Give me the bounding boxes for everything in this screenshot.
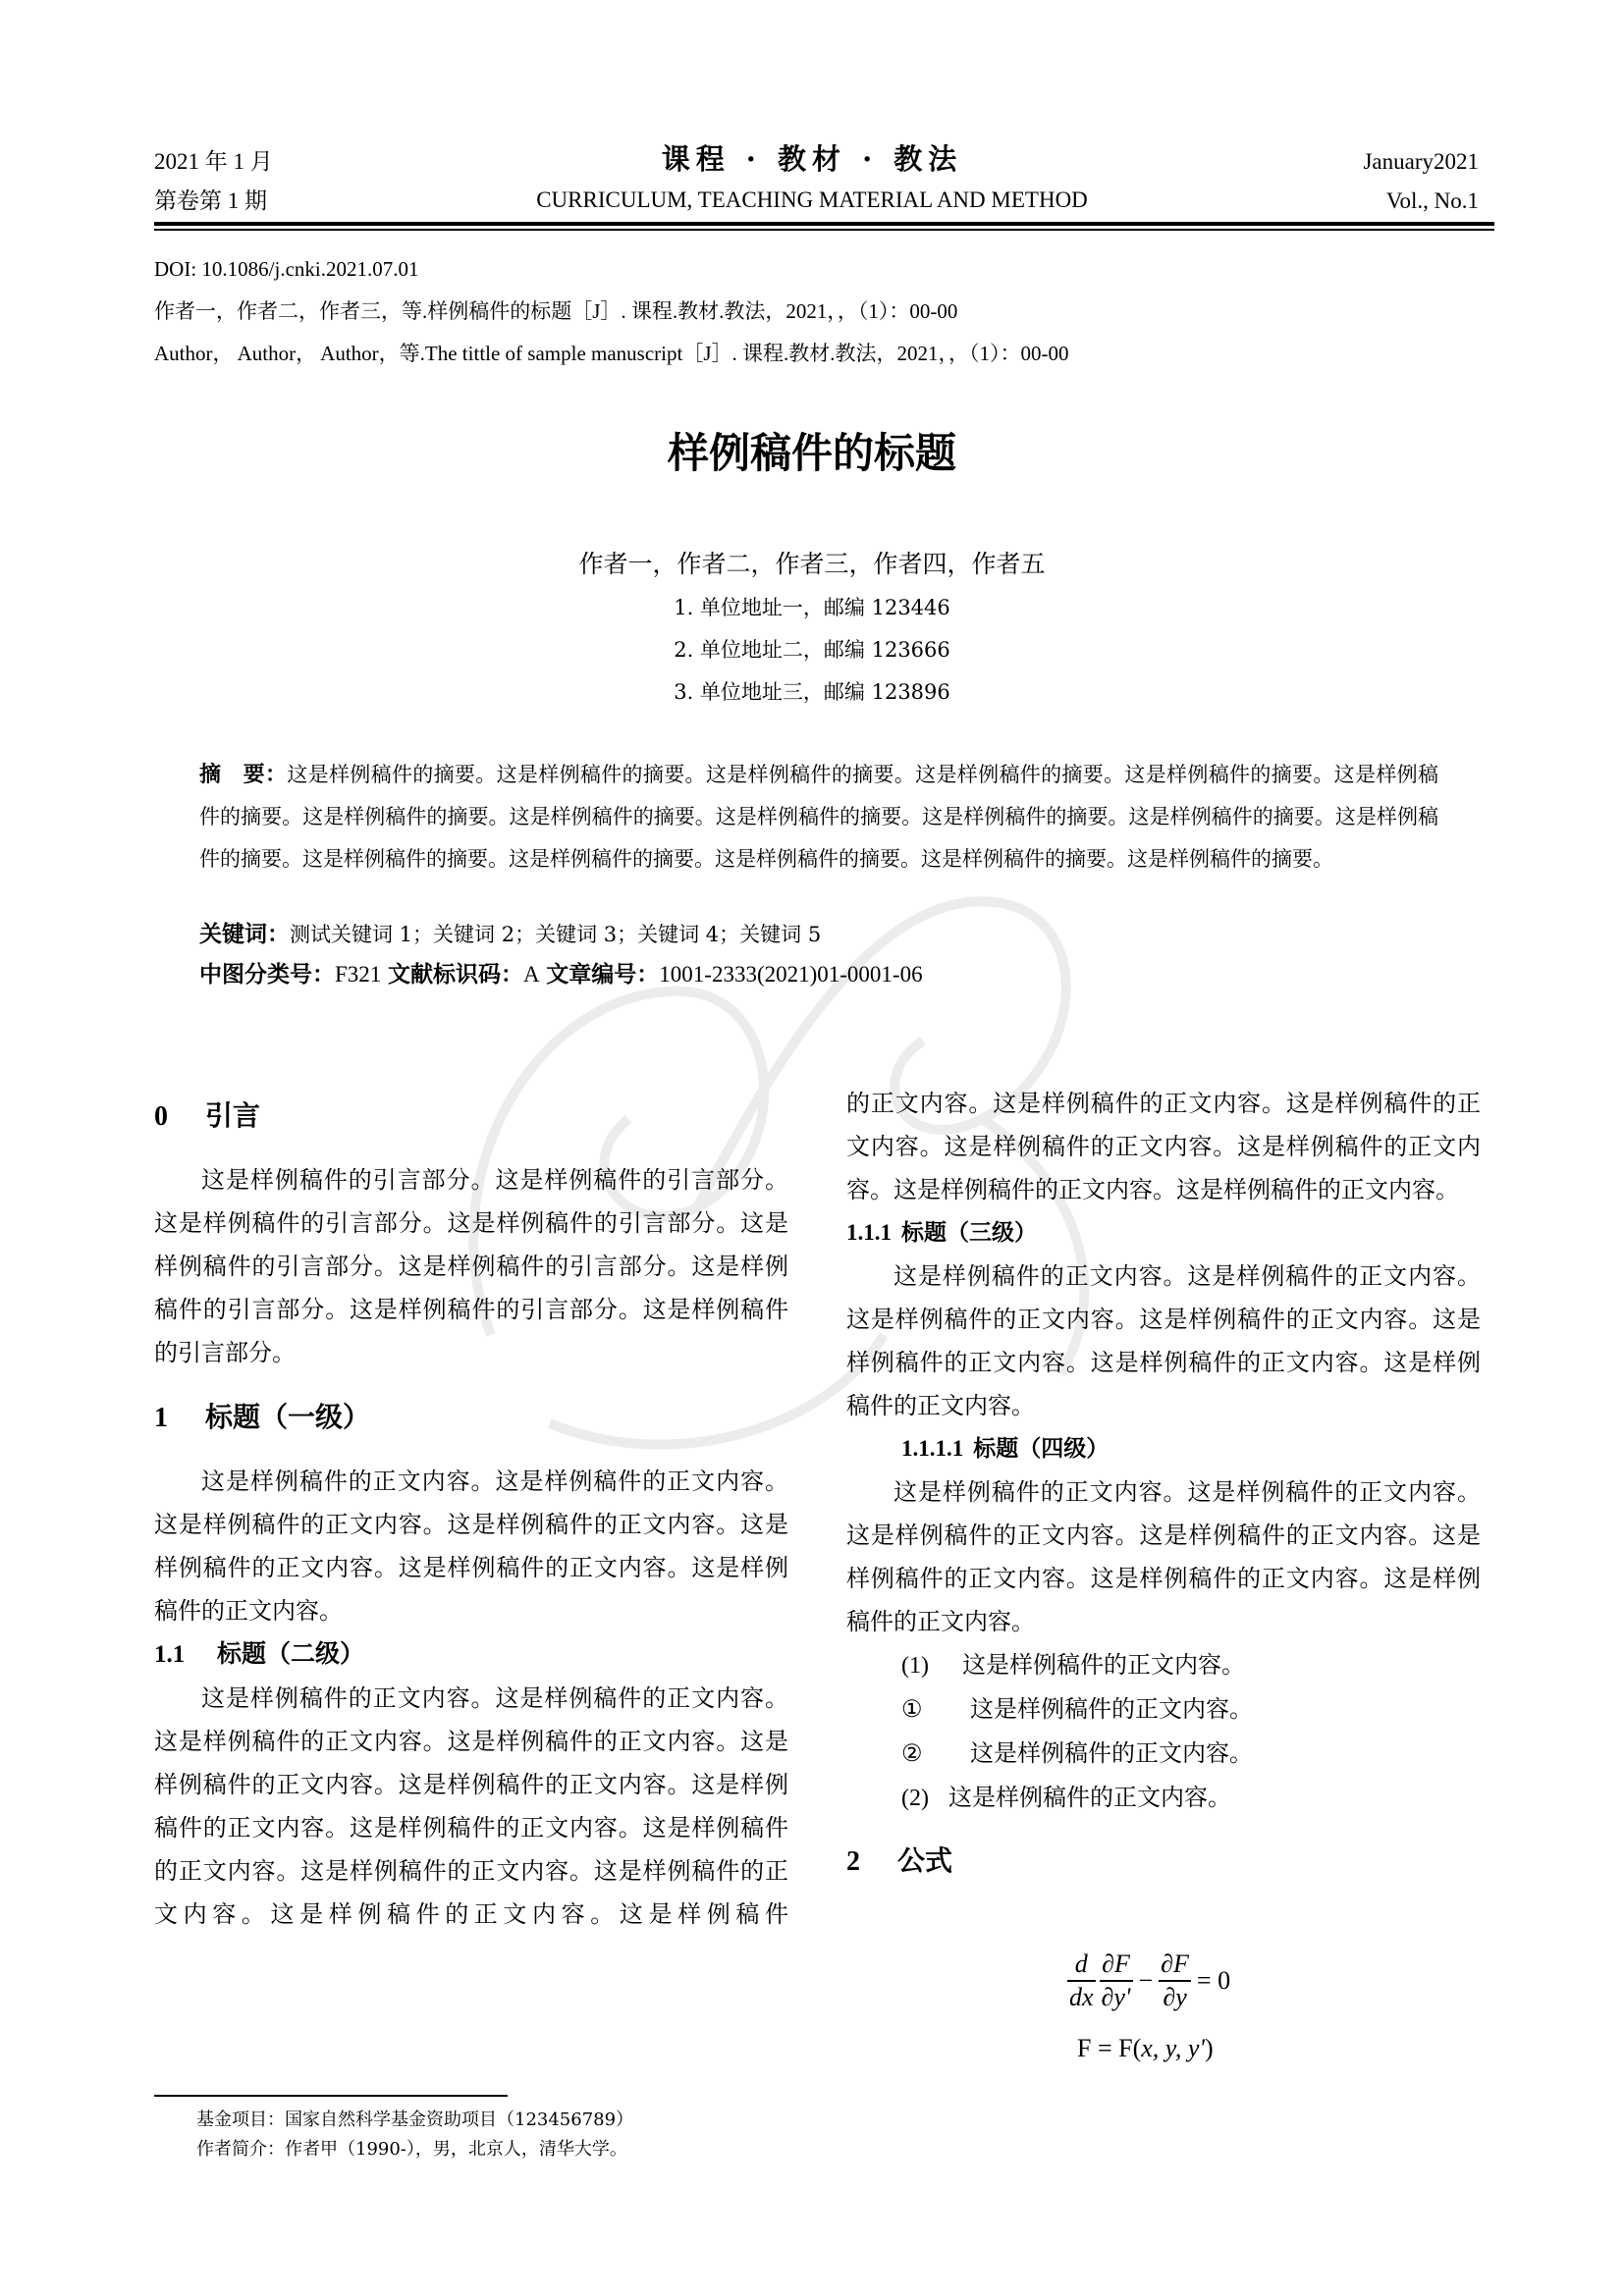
doc-code-value: A: [523, 962, 540, 987]
footnotes: 基金项目：国家自然科学基金资助项目（123456789） 作者简介：作者甲（19…: [196, 2106, 633, 2164]
header-rule-thin: [154, 229, 1494, 231]
affiliation-item: 1. 单位地址一，邮编 123446: [0, 587, 1624, 629]
header-rule-thick: [154, 222, 1494, 226]
list-text: 这是样例稿件的正文内容。: [948, 1784, 1231, 1811]
body-paragraph: 这是样例稿件的正文内容。这是样例稿件的正文内容。这是样例稿件的正文内容。这是样例…: [846, 1255, 1481, 1427]
running-header-right: January2021 Vol., No.1: [1363, 142, 1479, 221]
body-paragraph-continued: 的正文内容。这是样例稿件的正文内容。这是样例稿件的正文内容。这是样例稿件的正文内…: [846, 1082, 1481, 1211]
intro-paragraph: 这是样例稿件的引言部分。这是样例稿件的引言部分。这是样例稿件的引言部分。这是样例…: [154, 1158, 788, 1374]
section-heading-0: 0引言: [154, 1095, 788, 1139]
section-heading-1-1-1-1: 1.1.1.1标题（四级）: [846, 1427, 1481, 1470]
section-number: 2: [846, 1841, 897, 1884]
section-number: 1: [154, 1397, 205, 1440]
affiliation-item: 3. 单位地址三，邮编 123896: [0, 671, 1624, 714]
body-column-left: 0引言 这是样例稿件的引言部分。这是样例稿件的引言部分。这是样例稿件的引言部分。…: [154, 1095, 788, 1936]
section-title: 标题（三级）: [901, 1219, 1037, 1246]
section-title: 标题（四级）: [973, 1435, 1109, 1462]
author-list: 作者一，作者二，作者三，作者四，作者五: [0, 545, 1624, 584]
classification-line: 中图分类号：F321 文献标识码：A 文章编号：1001-2333(2021)0…: [199, 955, 923, 994]
citation-cn: 作者一，作者二，作者三，等.样例稿件的标题［J］. 课程.教材.教法，2021，…: [154, 291, 1069, 333]
list-item: ①这是样例稿件的正文内容。: [846, 1687, 1481, 1732]
abstract-label: 摘 要：: [199, 763, 287, 787]
fraction: d dx: [1067, 1949, 1096, 2013]
abstract: 摘 要：这是样例稿件的摘要。这是样例稿件的摘要。这是样例稿件的摘要。这是样例稿件…: [199, 754, 1438, 881]
section-heading-1: 1标题（一级）: [154, 1396, 788, 1440]
section-title: 公式: [897, 1844, 952, 1877]
minus-operator: −: [1139, 1966, 1154, 1996]
section-heading-1-1-1: 1.1.1标题（三级）: [846, 1211, 1481, 1255]
body-paragraph: 这是样例稿件的正文内容。这是样例稿件的正文内容。这是样例稿件的正文内容。这是样例…: [154, 1460, 788, 1632]
keywords: 关键词：测试关键词 1；关键词 2；关键词 3；关键词 4；关键词 5: [199, 915, 821, 954]
function-definition-equation: F = F(x, y, y'): [1077, 2034, 1214, 2063]
citation-en: Author， Author， Author，等.The tittle of s…: [154, 333, 1069, 375]
fraction: ∂F ∂y': [1100, 1949, 1133, 2013]
list-text: 这是样例稿件的正文内容。: [970, 1695, 1253, 1723]
section-number: 0: [154, 1095, 205, 1139]
volume-issue-en: Vol., No.1: [1363, 182, 1479, 221]
body-paragraph: 这是样例稿件的正文内容。这是样例稿件的正文内容。这是样例稿件的正文内容。这是样例…: [154, 1677, 788, 1936]
abstract-text: 这是样例稿件的摘要。这是样例稿件的摘要。这是样例稿件的摘要。这是样例稿件的摘要。…: [199, 763, 1438, 871]
article-no-label: 文章编号：: [546, 962, 659, 988]
section-title: 标题（一级）: [205, 1401, 370, 1433]
article-no-value: 1001-2333(2021)01-0001-06: [659, 962, 922, 987]
author-bio-note: 作者简介：作者甲（1990-），男，北京人，清华大学。: [196, 2135, 633, 2164]
affiliation-list: 1. 单位地址一，邮编 123446 2. 单位地址二，邮编 123666 3.…: [0, 587, 1624, 714]
list-marker: ①: [901, 1688, 970, 1732]
euler-lagrange-equation: d dx ∂F ∂y' − ∂F ∂y = 0: [1065, 1949, 1234, 2013]
footnote-rule: [154, 2095, 508, 2097]
list-marker: (1): [901, 1644, 962, 1687]
list-item: (2)这是样例稿件的正文内容。: [846, 1776, 1481, 1820]
clc-label: 中图分类号：: [199, 962, 335, 988]
list-item: ②这是样例稿件的正文内容。: [846, 1732, 1481, 1776]
section-title: 引言: [205, 1099, 260, 1132]
paper-title: 样例稿件的标题: [0, 424, 1624, 483]
list-marker: ②: [901, 1733, 970, 1776]
clc-value: F321: [335, 962, 381, 987]
keywords-text: 测试关键词 1；关键词 2；关键词 3；关键词 4；关键词 5: [290, 923, 821, 946]
list-item: (1)这是样例稿件的正文内容。: [846, 1643, 1481, 1687]
section-number: 1.1.1.1: [901, 1436, 963, 1461]
list-text: 这是样例稿件的正文内容。: [970, 1739, 1253, 1767]
section-heading-1-1: 1.1标题（二级）: [154, 1632, 788, 1677]
doc-code-label: 文献标识码：: [388, 962, 523, 988]
list-text: 这是样例稿件的正文内容。: [962, 1651, 1245, 1679]
affiliation-item: 2. 单位地址二，邮编 123666: [0, 629, 1624, 671]
body-column-right: 的正文内容。这是样例稿件的正文内容。这是样例稿件的正文内容。这是样例稿件的正文内…: [846, 1082, 1481, 1884]
keywords-label: 关键词：: [199, 922, 290, 947]
section-number: 1.1.1: [846, 1220, 892, 1245]
section-heading-2: 2公式: [846, 1840, 1481, 1884]
list-marker: (2): [901, 1777, 948, 1820]
body-paragraph: 这是样例稿件的正文内容。这是样例稿件的正文内容。这是样例稿件的正文内容。这是样例…: [846, 1470, 1481, 1643]
citation-block: DOI: 10.1086/j.cnki.2021.07.01 作者一，作者二，作…: [154, 248, 1069, 375]
funding-note: 基金项目：国家自然科学基金资助项目（123456789）: [196, 2106, 633, 2135]
equals-zero: = 0: [1197, 1966, 1230, 1996]
doi: DOI: 10.1086/j.cnki.2021.07.01: [154, 248, 1069, 291]
fraction: ∂F ∂y: [1159, 1949, 1191, 2013]
issue-date-en: January2021: [1363, 142, 1479, 182]
section-number: 1.1: [154, 1633, 217, 1677]
section-title: 标题（二级）: [217, 1639, 364, 1668]
